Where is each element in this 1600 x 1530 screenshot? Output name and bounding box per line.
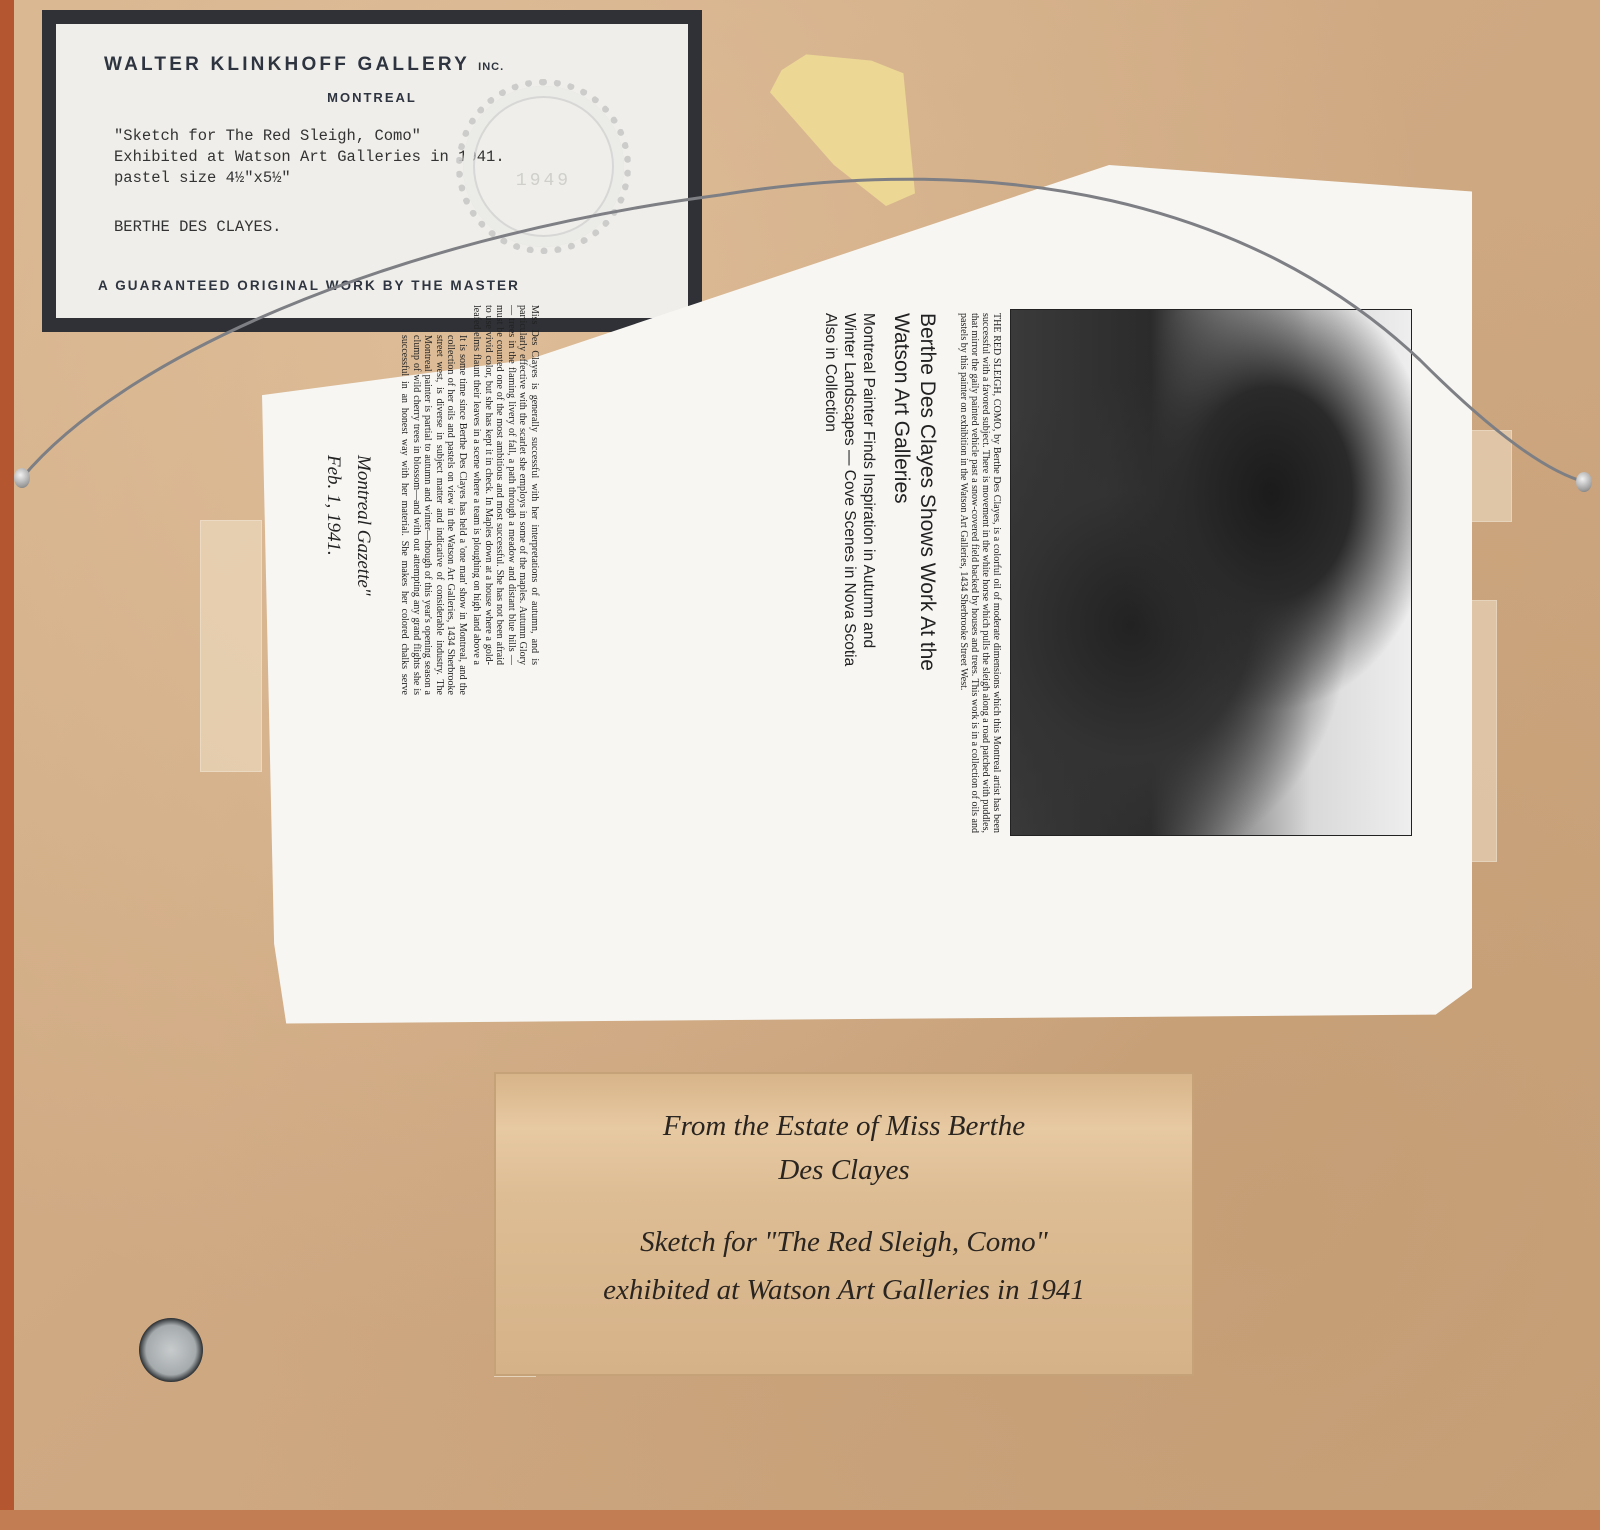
typed-description: "Sketch for The Red Sleigh, Como"Exhibit… (114, 126, 505, 189)
estate-provenance-card: From the Estate of Miss Berthe Des Claye… (494, 1072, 1194, 1376)
guarantee-text: A GUARANTEED ORIGINAL WORK BY THE MASTER (98, 278, 520, 293)
note-line-publication: Montreal Gazette" (348, 455, 378, 665)
frame-edge-left (0, 0, 14, 1530)
handwritten-source-note: Montreal Gazette" Feb. 1, 1941. (318, 455, 378, 665)
gallery-suffix: INC. (478, 61, 504, 73)
embossed-seal-icon: 1949 (456, 79, 631, 254)
subheadline-text: Montreal Painter Finds Inspiration in Au… (821, 313, 878, 673)
frame-edge-bottom (0, 1510, 1600, 1530)
screw-eye-left-icon (14, 468, 30, 488)
article-headline: Berthe Des Clayes Shows Work At the Wats… (868, 313, 940, 673)
newspaper-article: THE RED SLEIGH, COMO, by Berthe Des Clay… (398, 305, 1398, 845)
estate-line-1: From the Estate of Miss Berthe (496, 1110, 1192, 1143)
body-column-2-text: Miss Des Clayes is generally successful … (472, 305, 540, 665)
gallery-label-paper: WALTER KLINKHOFF GALLERY INC. MONTREAL "… (56, 24, 688, 318)
reproduced-painting-photo (1010, 309, 1412, 836)
typed-line-exhibition: Exhibited at Watson Art Galleries in 194… (114, 147, 505, 168)
screw-eye-right-icon (1576, 472, 1592, 492)
headline-text: Berthe Des Clayes Shows Work At the Wats… (888, 313, 940, 673)
body-column-1-text: It is some time since Berthe Des Clayes … (400, 335, 468, 695)
gallery-label: WALTER KLINKHOFF GALLERY INC. MONTREAL "… (42, 10, 702, 332)
seal-year: 1949 (463, 171, 624, 191)
estate-line-2: Des Clayes (496, 1154, 1192, 1187)
handwritten-note-text: Montreal Gazette" Feb. 1, 1941. (318, 455, 378, 665)
headline-block: Berthe Des Clayes Shows Work At the Wats… (821, 313, 940, 673)
felt-bumper-icon (139, 1318, 203, 1382)
photo-caption: THE RED SLEIGH, COMO, by Berthe Des Clay… (938, 313, 1002, 833)
typed-line-title: "Sketch for The Red Sleigh, Como" (114, 126, 505, 147)
tape-strip (200, 520, 262, 772)
gallery-name-text: WALTER KLINKHOFF GALLERY (104, 54, 470, 75)
typed-artist: BERTHE DES CLAYES. (114, 218, 281, 236)
photo-caption-text: THE RED SLEIGH, COMO, by Berthe Des Clay… (958, 313, 1002, 833)
note-line-date: Feb. 1, 1941. (318, 455, 348, 665)
estate-line-4: exhibited at Watson Art Galleries in 194… (496, 1274, 1192, 1307)
estate-line-3: Sketch for "The Red Sleigh, Como" (496, 1226, 1192, 1259)
typed-line-size: pastel size 4½"x5½" (114, 168, 505, 189)
gallery-name: WALTER KLINKHOFF GALLERY INC. (104, 54, 504, 76)
